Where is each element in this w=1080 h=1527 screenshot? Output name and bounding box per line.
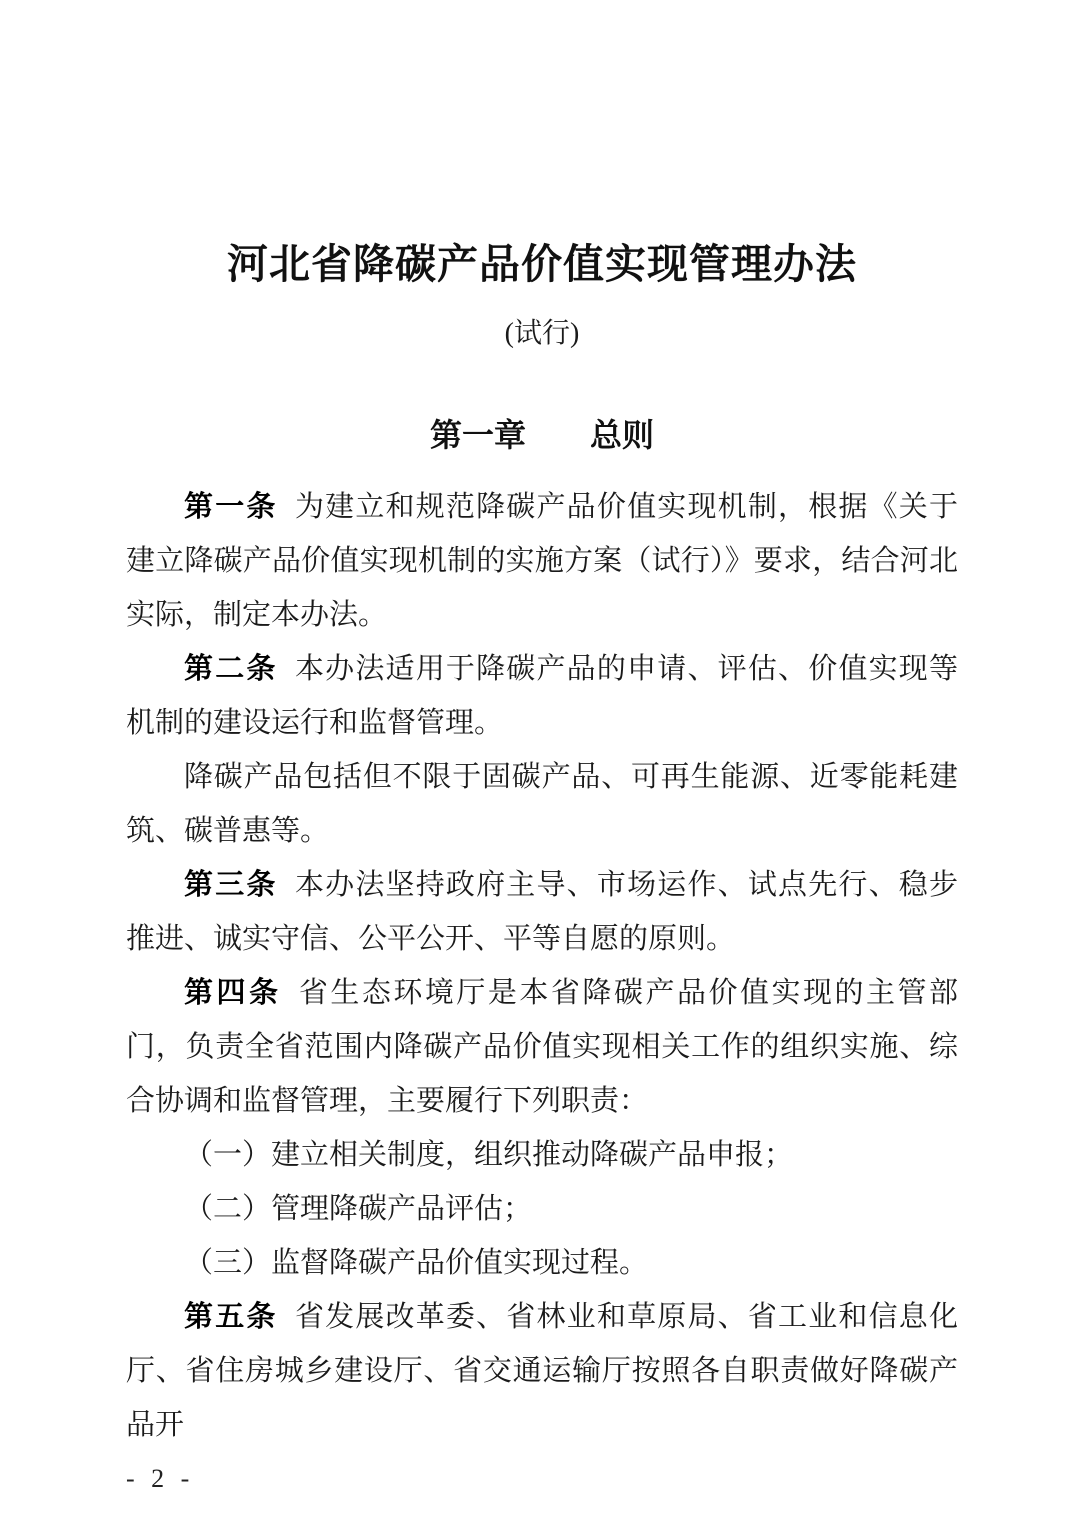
page-number: - 2 -	[126, 1462, 958, 1496]
chapter-title: 总则	[590, 417, 654, 453]
document-page: 河北省降碳产品价值实现管理办法 (试行) 第一章总则 第一条为建立和规范降碳产品…	[0, 0, 1080, 1527]
article-number: 第二条	[184, 653, 278, 685]
paragraph: 第三条本办法坚持政府主导、市场运作、试点先行、稳步推进、诚实守信、公平公开、平等…	[126, 858, 958, 966]
article-number: 第一条	[184, 491, 278, 523]
document-subtitle: (试行)	[126, 316, 958, 352]
paragraph: （三）监督降碳产品价值实现过程。	[126, 1236, 958, 1290]
chapter-number: 第一章	[430, 417, 526, 453]
document-body: 第一条为建立和规范降碳产品价值实现机制，根据《关于建立降碳产品价值实现机制的实施…	[126, 480, 958, 1452]
paragraph: 第四条省生态环境厅是本省降碳产品价值实现的主管部门，负责全省范围内降碳产品价值实…	[126, 966, 958, 1128]
paragraph: （一）建立相关制度，组织推动降碳产品申报；	[126, 1128, 958, 1182]
paragraph: 降碳产品包括但不限于固碳产品、可再生能源、近零能耗建筑、碳普惠等。	[126, 750, 958, 858]
paragraph-text: 降碳产品包括但不限于固碳产品、可再生能源、近零能耗建筑、碳普惠等。	[126, 761, 958, 847]
document-content: 河北省降碳产品价值实现管理办法 (试行) 第一章总则 第一条为建立和规范降碳产品…	[126, 238, 958, 1496]
paragraph-text: （二）管理降碳产品评估；	[184, 1193, 532, 1225]
paragraph-text: （三）监督降碳产品价值实现过程。	[184, 1247, 648, 1279]
article-number: 第四条	[184, 977, 282, 1009]
paragraph: 第一条为建立和规范降碳产品价值实现机制，根据《关于建立降碳产品价值实现机制的实施…	[126, 480, 958, 642]
paragraph: （二）管理降碳产品评估；	[126, 1182, 958, 1236]
article-number: 第三条	[184, 869, 278, 901]
article-number: 第五条	[184, 1301, 278, 1333]
chapter-heading: 第一章总则	[126, 414, 958, 456]
document-title: 河北省降碳产品价值实现管理办法	[126, 238, 958, 290]
paragraph-text: （一）建立相关制度，组织推动降碳产品申报；	[184, 1139, 793, 1171]
paragraph: 第五条省发展改革委、省林业和草原局、省工业和信息化厅、省住房城乡建设厅、省交通运…	[126, 1290, 958, 1452]
paragraph: 第二条本办法适用于降碳产品的申请、评估、价值实现等机制的建设运行和监督管理。	[126, 642, 958, 750]
